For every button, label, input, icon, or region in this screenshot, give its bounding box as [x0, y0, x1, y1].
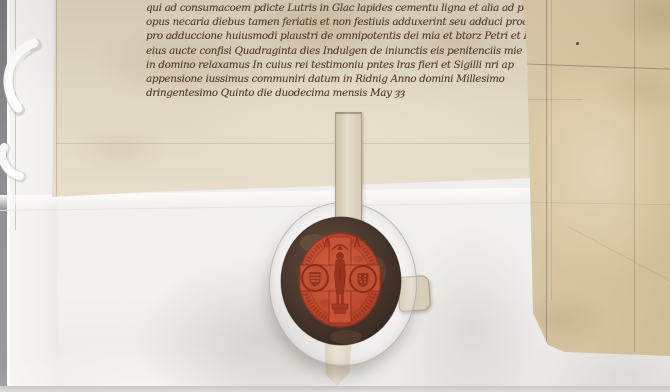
- manuscript-line: dringentesimo Quinto die duodecima mensi…: [146, 86, 548, 100]
- manuscript-line: qui ad consumacoem pdicte Lutris in Glac…: [146, 1, 548, 15]
- manuscript-line: in domino relaxamus In cuius rei testimo…: [146, 58, 548, 72]
- linen-ribbon-ties: [0, 30, 58, 190]
- ruling-line-horizontal: [527, 202, 670, 205]
- plica-fold-line: [56, 143, 556, 144]
- manuscript-line: eius aucte confisi Quadraginta dies Indu…: [146, 44, 548, 58]
- ruling-line-vertical: [546, 0, 547, 346]
- crease-scratch: [567, 226, 670, 286]
- manuscript-line: appensione iussimus communiri datum in R…: [146, 72, 548, 86]
- manuscript-text: qui ad consumacoem pdicte Lutris in Glac…: [146, 1, 548, 102]
- display-photo: qui ad consumacoem pdicte Lutris in Glac…: [0, 0, 670, 392]
- ruling-line-horizontal: [523, 99, 583, 100]
- manuscript-line: opus necaria diebus tamen feriatis et no…: [146, 15, 548, 29]
- manuscript-line: pro adduccione huiusmodi plaustri de omn…: [146, 29, 548, 43]
- wax-seal: [266, 201, 418, 367]
- ruling-line-vertical: [551, 0, 552, 300]
- ribbon-loop-lower: [2, 147, 20, 176]
- mount-bottom-edge: [0, 386, 670, 392]
- ink-speck: [576, 42, 579, 45]
- ruling-line-vertical: [634, 0, 635, 352]
